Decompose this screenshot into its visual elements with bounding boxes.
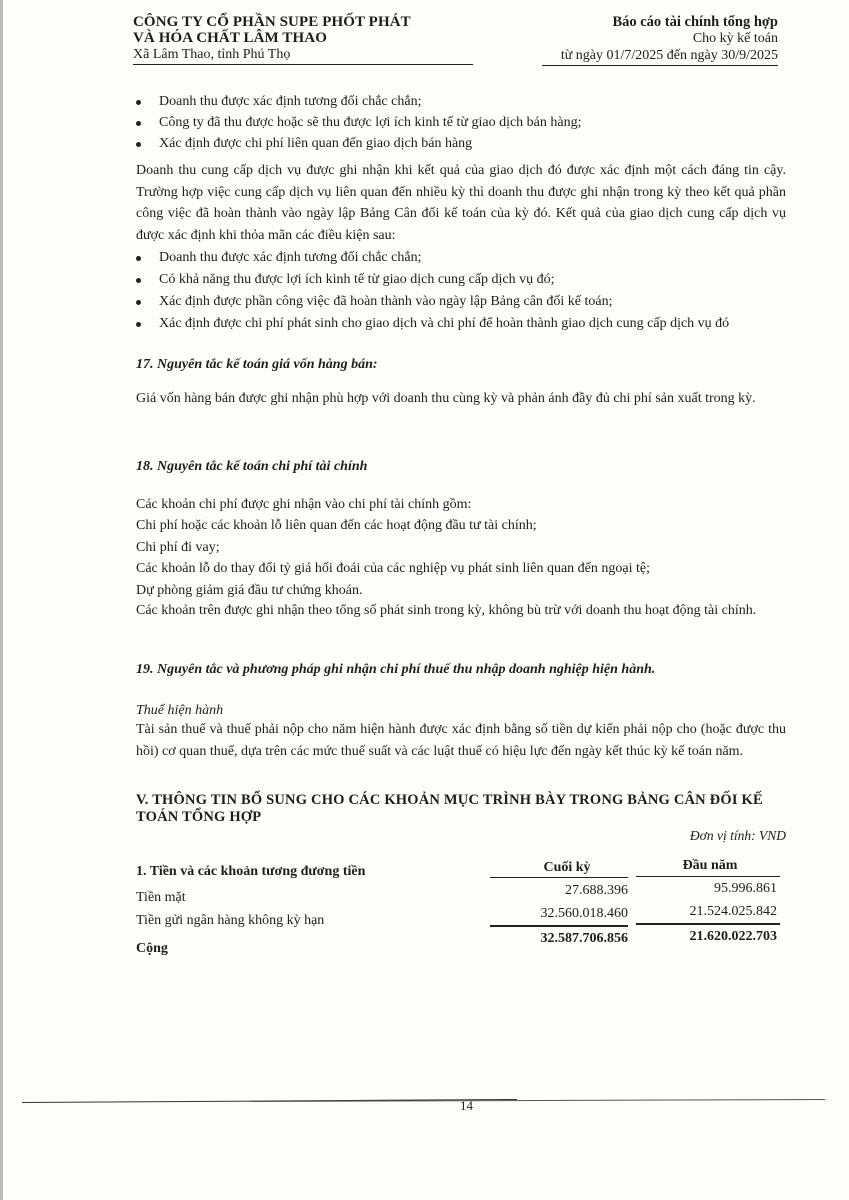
section-18-line: Chi phí hoặc các khoản lỗ liên quan đến … bbox=[136, 518, 537, 534]
section-18-heading: 18. Nguyên tắc kế toán chi phí tài chính bbox=[136, 459, 367, 475]
bullet-icon bbox=[136, 322, 141, 327]
bullet-text: Xác định được chi phí phát sinh cho giao… bbox=[159, 314, 729, 334]
section-18-closing: Các khoản trên được ghi nhận theo tổng s… bbox=[136, 600, 786, 622]
service-revenue-paragraph: Doanh thu cung cấp dịch vụ được ghi nhận… bbox=[136, 160, 786, 246]
scan-edge bbox=[0, 0, 3, 1200]
company-address: Xã Lâm Thao, tỉnh Phú Thọ bbox=[133, 46, 473, 63]
table-cell-start: 95.996.861 bbox=[637, 881, 777, 897]
bullet-icon bbox=[136, 100, 141, 105]
section-19-subheading: Thuế hiện hành bbox=[136, 703, 223, 719]
report-header: Báo cáo tài chính tổng hợp Cho kỳ kế toá… bbox=[542, 14, 778, 66]
table-cell-end: 32.560.018.460 bbox=[488, 906, 628, 922]
company-header: CÔNG TY CỔ PHẦN SUPE PHỐT PHÁT VÀ HÓA CH… bbox=[133, 14, 473, 65]
section-17-heading: 17. Nguyên tắc kế toán giá vốn hàng bán: bbox=[136, 357, 378, 373]
bullet-text: Có khả năng thu được lợi ích kinh tế từ … bbox=[159, 270, 554, 290]
header-underline bbox=[490, 877, 628, 878]
bullet-icon bbox=[136, 256, 141, 261]
section-19-heading: 19. Nguyên tắc và phương pháp ghi nhận c… bbox=[136, 662, 655, 678]
bullet-text: Doanh thu được xác định tương đối chắc c… bbox=[159, 92, 421, 112]
bullet-icon bbox=[136, 142, 141, 147]
column-header-start: Đầu năm bbox=[655, 858, 765, 874]
section-18-line: Các khoản chi phí được ghi nhận vào chi … bbox=[136, 497, 471, 513]
table-row-label: Tiền mặt bbox=[136, 890, 186, 906]
section-18-line: Các khoản lỗ do thay đổi tỷ giá hối đoái… bbox=[136, 561, 650, 577]
bullet-icon bbox=[136, 121, 141, 126]
period-label: Cho kỳ kế toán bbox=[542, 31, 778, 47]
bullet-text: Xác định được chi phí liên quan đến giao… bbox=[159, 134, 472, 154]
section-19-body: Tài sản thuế và thuế phải nộp cho năm hi… bbox=[136, 719, 786, 762]
table-total-label: Cộng bbox=[136, 941, 168, 957]
table-cell-end: 27.688.396 bbox=[488, 883, 628, 899]
subtotal-underline bbox=[490, 925, 628, 927]
table-total-start: 21.620.022.703 bbox=[637, 929, 777, 945]
section-17-body: Giá vốn hàng bán được ghi nhận phù hợp v… bbox=[136, 388, 786, 410]
cash-table-title: 1. Tiền và các khoản tương đương tiền bbox=[136, 864, 365, 880]
company-name-line1: CÔNG TY CỔ PHẦN SUPE PHỐT PHÁT bbox=[133, 14, 473, 30]
bullet-text: Công ty đã thu được hoặc sẽ thu được lợi… bbox=[159, 113, 582, 133]
page-number: 14 bbox=[460, 1098, 473, 1114]
section-18-line: Chi phí đi vay; bbox=[136, 540, 220, 556]
unit-label: Đơn vị tính: VND bbox=[690, 828, 786, 844]
table-cell-start: 21.524.025.842 bbox=[637, 904, 777, 920]
bullet-icon bbox=[136, 278, 141, 283]
subtotal-underline bbox=[636, 923, 780, 925]
section-v-heading: V. THÔNG TIN BỔ SUNG CHO CÁC KHOẢN MỤC T… bbox=[136, 792, 796, 826]
bullet-text: Xác định được phần công việc đã hoàn thà… bbox=[159, 292, 613, 312]
period-range: từ ngày 01/7/2025 đến ngày 30/9/2025 bbox=[542, 47, 778, 64]
report-title: Báo cáo tài chính tổng hợp bbox=[542, 14, 778, 31]
table-row-label: Tiền gửi ngân hàng không kỳ hạn bbox=[136, 913, 324, 929]
company-name-line2: VÀ HÓA CHẤT LÂM THAO bbox=[133, 30, 473, 46]
bullet-text: Doanh thu được xác định tương đối chắc c… bbox=[159, 248, 421, 268]
bullet-icon bbox=[136, 300, 141, 305]
table-total-end: 32.587.706.856 bbox=[488, 931, 628, 947]
section-18-line: Dự phòng giảm giá đầu tư chứng khoán. bbox=[136, 583, 363, 599]
column-header-end: Cuối kỳ bbox=[512, 860, 622, 876]
header-underline bbox=[636, 876, 780, 877]
